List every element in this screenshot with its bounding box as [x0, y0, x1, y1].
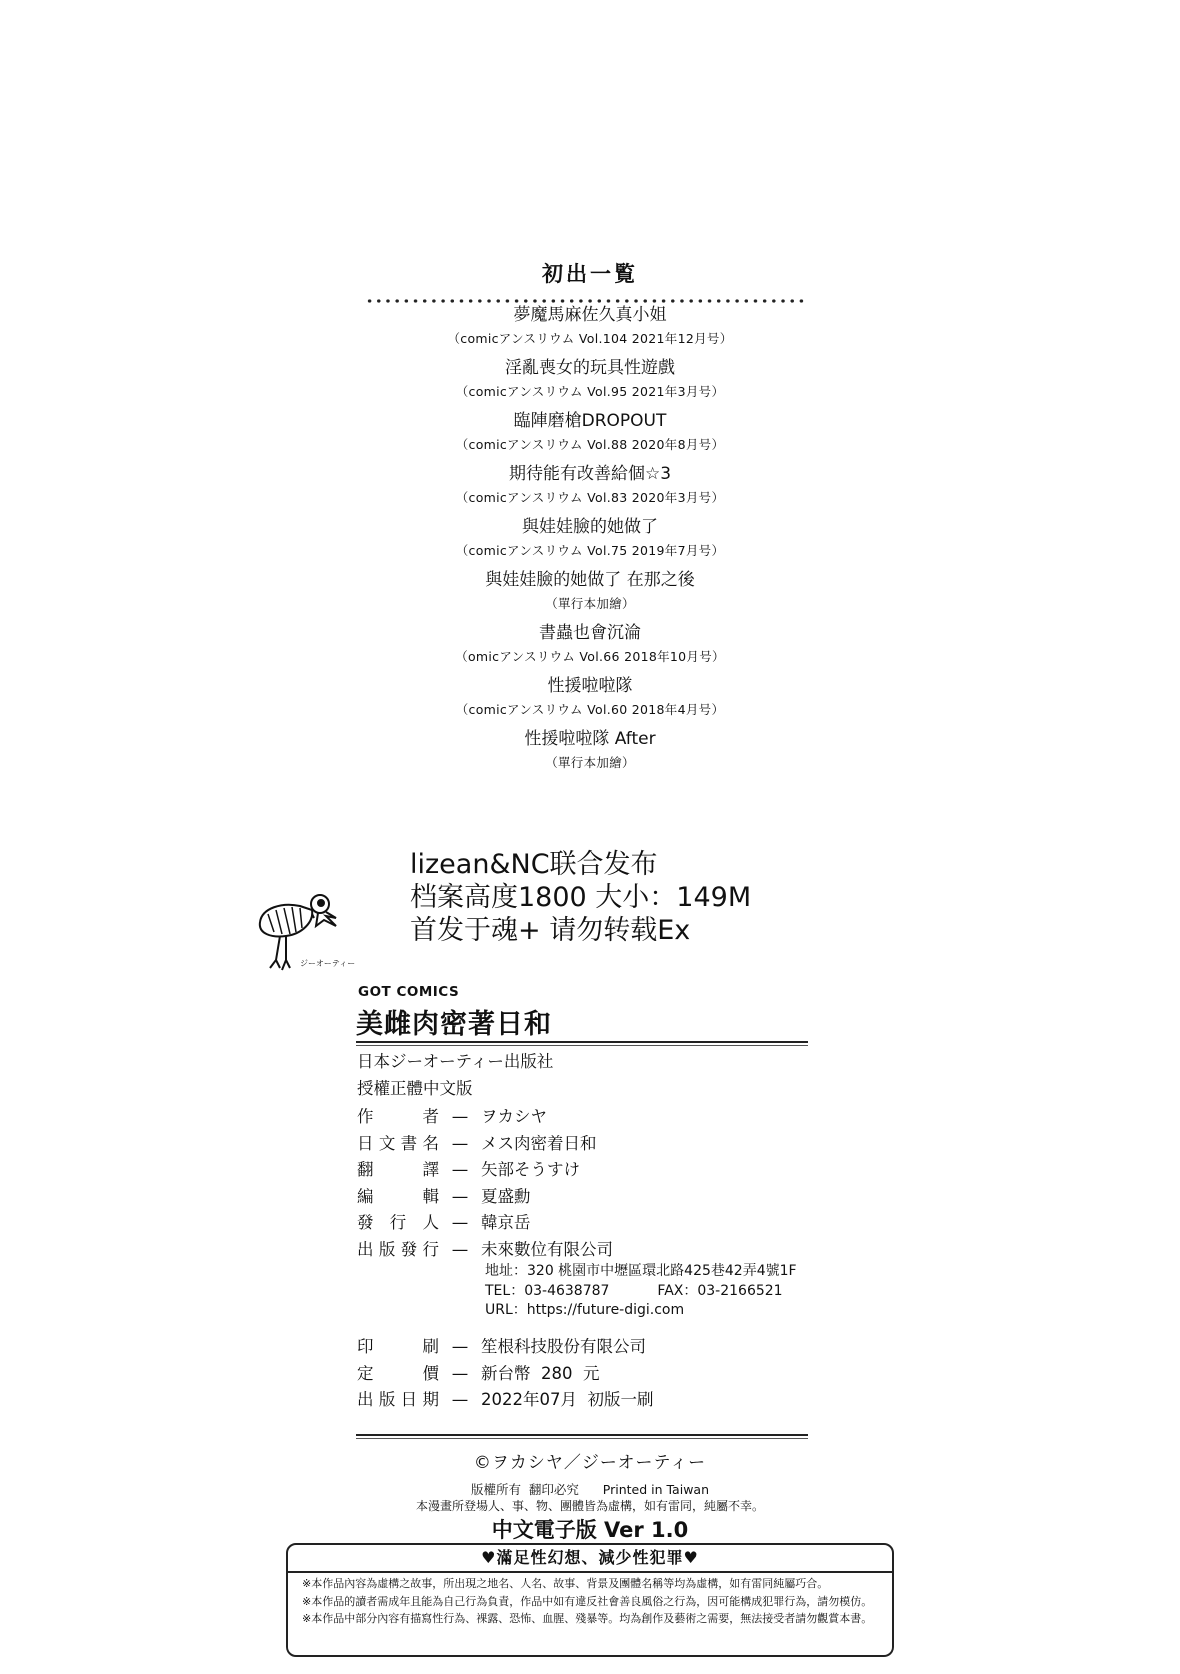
toc-entry: 性援啦啦隊 （comicアンスリウム Vol.60 2018年4月号）: [0, 675, 1180, 718]
credit-label: 日文書名: [357, 1131, 439, 1157]
license-note: 授權正體中文版: [357, 1076, 553, 1103]
credit-printer: 印刷 — 笙根科技股份有限公司: [357, 1334, 653, 1361]
toc-entry: 淫亂喪女的玩具性遊戲 （comicアンスリウム Vol.95 2021年3月号）: [0, 357, 1180, 400]
credit-label: 作者: [357, 1104, 439, 1130]
toc-entry-source: （單行本加繪）: [0, 595, 1180, 612]
publisher-logo: ジーオーティー: [252, 888, 362, 978]
release-note-line: lizean&NC联合发布: [410, 848, 751, 881]
credit-label: 印刷: [357, 1334, 439, 1360]
toc-entry-source: （comicアンスリウム Vol.88 2020年8月号）: [0, 436, 1180, 453]
toc-entry-title: 性援啦啦隊 After: [0, 728, 1180, 750]
toc-entry: 書蟲也會沉淪 （omicアンスリウム Vol.66 2018年10月号）: [0, 622, 1180, 665]
licensor: 日本ジーオーティー出版社: [357, 1049, 553, 1076]
toc-entry-source: （comicアンスリウム Vol.83 2020年3月号）: [0, 489, 1180, 506]
toc-entry: 期待能有改善給個☆3 （comicアンスリウム Vol.83 2020年3月号）: [0, 463, 1180, 506]
toc-entry-title: 淫亂喪女的玩具性遊戲: [0, 357, 1180, 379]
disclaimer-heading: ♥滿足性幻想、減少性犯罪♥: [288, 1545, 892, 1573]
toc-entry-title: 期待能有改善給個☆3: [0, 463, 1180, 485]
bird-logo-icon: ジーオーティー: [252, 888, 362, 978]
copyright-line: ©ヲカシヤ／ジーオーティー: [0, 1448, 1180, 1473]
toc-heading: 初出一覧: [0, 258, 1180, 288]
credit-translator: 翻譯 — 矢部そうすけ: [357, 1157, 613, 1184]
credit-label: 翻譯: [357, 1157, 439, 1183]
toc-entry-source: （comicアンスリウム Vol.75 2019年7月号）: [0, 542, 1180, 559]
disclaimer-line: ※本作品內容為虛構之故事，所出現之地名、人名、故事、背景及團體名稱等均為虛構，如…: [302, 1575, 886, 1593]
disclaimer-line: ※本作品的讀者需成年且能為自己行為負責，作品中如有違反社會善良風俗之行為，因可能…: [302, 1593, 886, 1611]
toc-entry: 與娃娃臉的她做了 在那之後 （單行本加繪）: [0, 569, 1180, 612]
toc-entry-title: 書蟲也會沉淪: [0, 622, 1180, 644]
toc-entry-title: 與娃娃臉的她做了: [0, 516, 1180, 538]
toc-entry-source: （omicアンスリウム Vol.66 2018年10月号）: [0, 648, 1180, 665]
credit-value: 夏盛勳: [481, 1184, 531, 1210]
toc-entry: 臨陣磨槍DROPOUT （comicアンスリウム Vol.88 2020年8月号…: [0, 410, 1180, 453]
publisher-contact: 地址：320 桃園市中壢區環北路425巷42弄4號1F TEL：03-46387…: [485, 1262, 797, 1321]
license-info: 日本ジーオーティー出版社 授權正體中文版: [357, 1049, 553, 1102]
rights-line: 版權所有 翻印必究 Printed in Taiwan: [0, 1480, 1180, 1498]
disclaimer-lines: ※本作品內容為虛構之故事，所出現之地名、人名、故事、背景及團體名稱等均為虛構，如…: [302, 1575, 886, 1628]
credit-value: 新台幣 280 元: [481, 1361, 599, 1387]
publisher-url: URL：https://future-digi.com: [485, 1301, 797, 1321]
toc-entry-title: 與娃娃臉的她做了 在那之後: [0, 569, 1180, 591]
credit-label: 定價: [357, 1361, 439, 1387]
svg-text:ジーオーティー: ジーオーティー: [300, 959, 355, 968]
publisher-phone-fax: TEL：03-4638787FAX：03-2166521: [485, 1282, 797, 1302]
credit-label: 發行人: [357, 1210, 439, 1236]
toc-entry: 與娃娃臉的她做了 （comicアンスリウム Vol.75 2019年7月号）: [0, 516, 1180, 559]
dotted-divider: [365, 299, 805, 303]
disclaimer-box: ♥滿足性幻想、減少性犯罪♥ ※本作品內容為虛構之故事，所出現之地名、人名、故事、…: [286, 1543, 894, 1657]
double-rule: [356, 1041, 808, 1046]
credit-publish-date: 出版日期 — 2022年07月 初版一刷: [357, 1387, 653, 1414]
credit-original-title: 日文書名 — メス肉密着日和: [357, 1131, 613, 1158]
toc-entry-source: （comicアンスリウム Vol.95 2021年3月号）: [0, 383, 1180, 400]
toc-entry-source: （單行本加繪）: [0, 754, 1180, 771]
release-note-line: 首发于魂+ 请勿转载Ex: [410, 914, 751, 947]
credit-value: 2022年07月 初版一刷: [481, 1387, 653, 1413]
credit-author: 作者 — ヲカシヤ: [357, 1104, 613, 1131]
credits-list: 作者 — ヲカシヤ 日文書名 — メス肉密着日和 翻譯 — 矢部そうすけ 編輯 …: [357, 1104, 613, 1263]
disclaimer-line: ※本作品中部分內容有描寫性行為、裸露、恐怖、血腥、殘暴等。均為創作及藝術之需要，…: [302, 1610, 886, 1628]
publisher-address: 地址：320 桃園市中壢區環北路425巷42弄4號1F: [485, 1262, 797, 1282]
toc-entry: 夢魔馬麻佐久真小姐 （comicアンスリウム Vol.104 2021年12月号…: [0, 304, 1180, 347]
credit-price: 定價 — 新台幣 280 元: [357, 1361, 653, 1388]
toc-entry-title: 臨陣磨槍DROPOUT: [0, 410, 1180, 432]
credit-issuer: 發行人 — 韓京岳: [357, 1210, 613, 1237]
credit-editor: 編輯 — 夏盛勳: [357, 1184, 613, 1211]
credit-label: 出版日期: [357, 1387, 439, 1413]
credit-value: 笙根科技股份有限公司: [481, 1334, 646, 1360]
toc-entry-title: 性援啦啦隊: [0, 675, 1180, 697]
credit-value: 未來數位有限公司: [481, 1237, 613, 1263]
credit-value: メス肉密着日和: [481, 1131, 597, 1157]
credit-label: 編輯: [357, 1184, 439, 1210]
double-rule: [356, 1434, 808, 1439]
credit-label: 出版發行: [357, 1237, 439, 1263]
toc-entry-title: 夢魔馬麻佐久真小姐: [0, 304, 1180, 326]
fiction-notice: 本漫畫所登場人、事、物、團體皆為虛構，如有雷同，純屬不幸。: [0, 1497, 1180, 1514]
credit-value: ヲカシヤ: [481, 1104, 547, 1130]
credit-value: 韓京岳: [481, 1210, 531, 1236]
imprint-label: GOT COMICS: [358, 984, 459, 1000]
version-label: 中文電子版 Ver 1.0: [0, 1514, 1180, 1544]
release-note: lizean&NC联合发布 档案高度1800 大小：149M 首发于魂+ 请勿转…: [410, 848, 751, 947]
toc-entry: 性援啦啦隊 After （單行本加繪）: [0, 728, 1180, 771]
print-credits: 印刷 — 笙根科技股份有限公司 定價 — 新台幣 280 元 出版日期 — 20…: [357, 1334, 653, 1414]
release-note-line: 档案高度1800 大小：149M: [410, 881, 751, 914]
toc-entry-source: （comicアンスリウム Vol.104 2021年12月号）: [0, 330, 1180, 347]
book-title: 美雌肉密著日和: [356, 1002, 552, 1041]
credit-value: 矢部そうすけ: [481, 1157, 580, 1183]
toc-entry-source: （comicアンスリウム Vol.60 2018年4月号）: [0, 701, 1180, 718]
credit-publisher: 出版發行 — 未來數位有限公司: [357, 1237, 613, 1264]
